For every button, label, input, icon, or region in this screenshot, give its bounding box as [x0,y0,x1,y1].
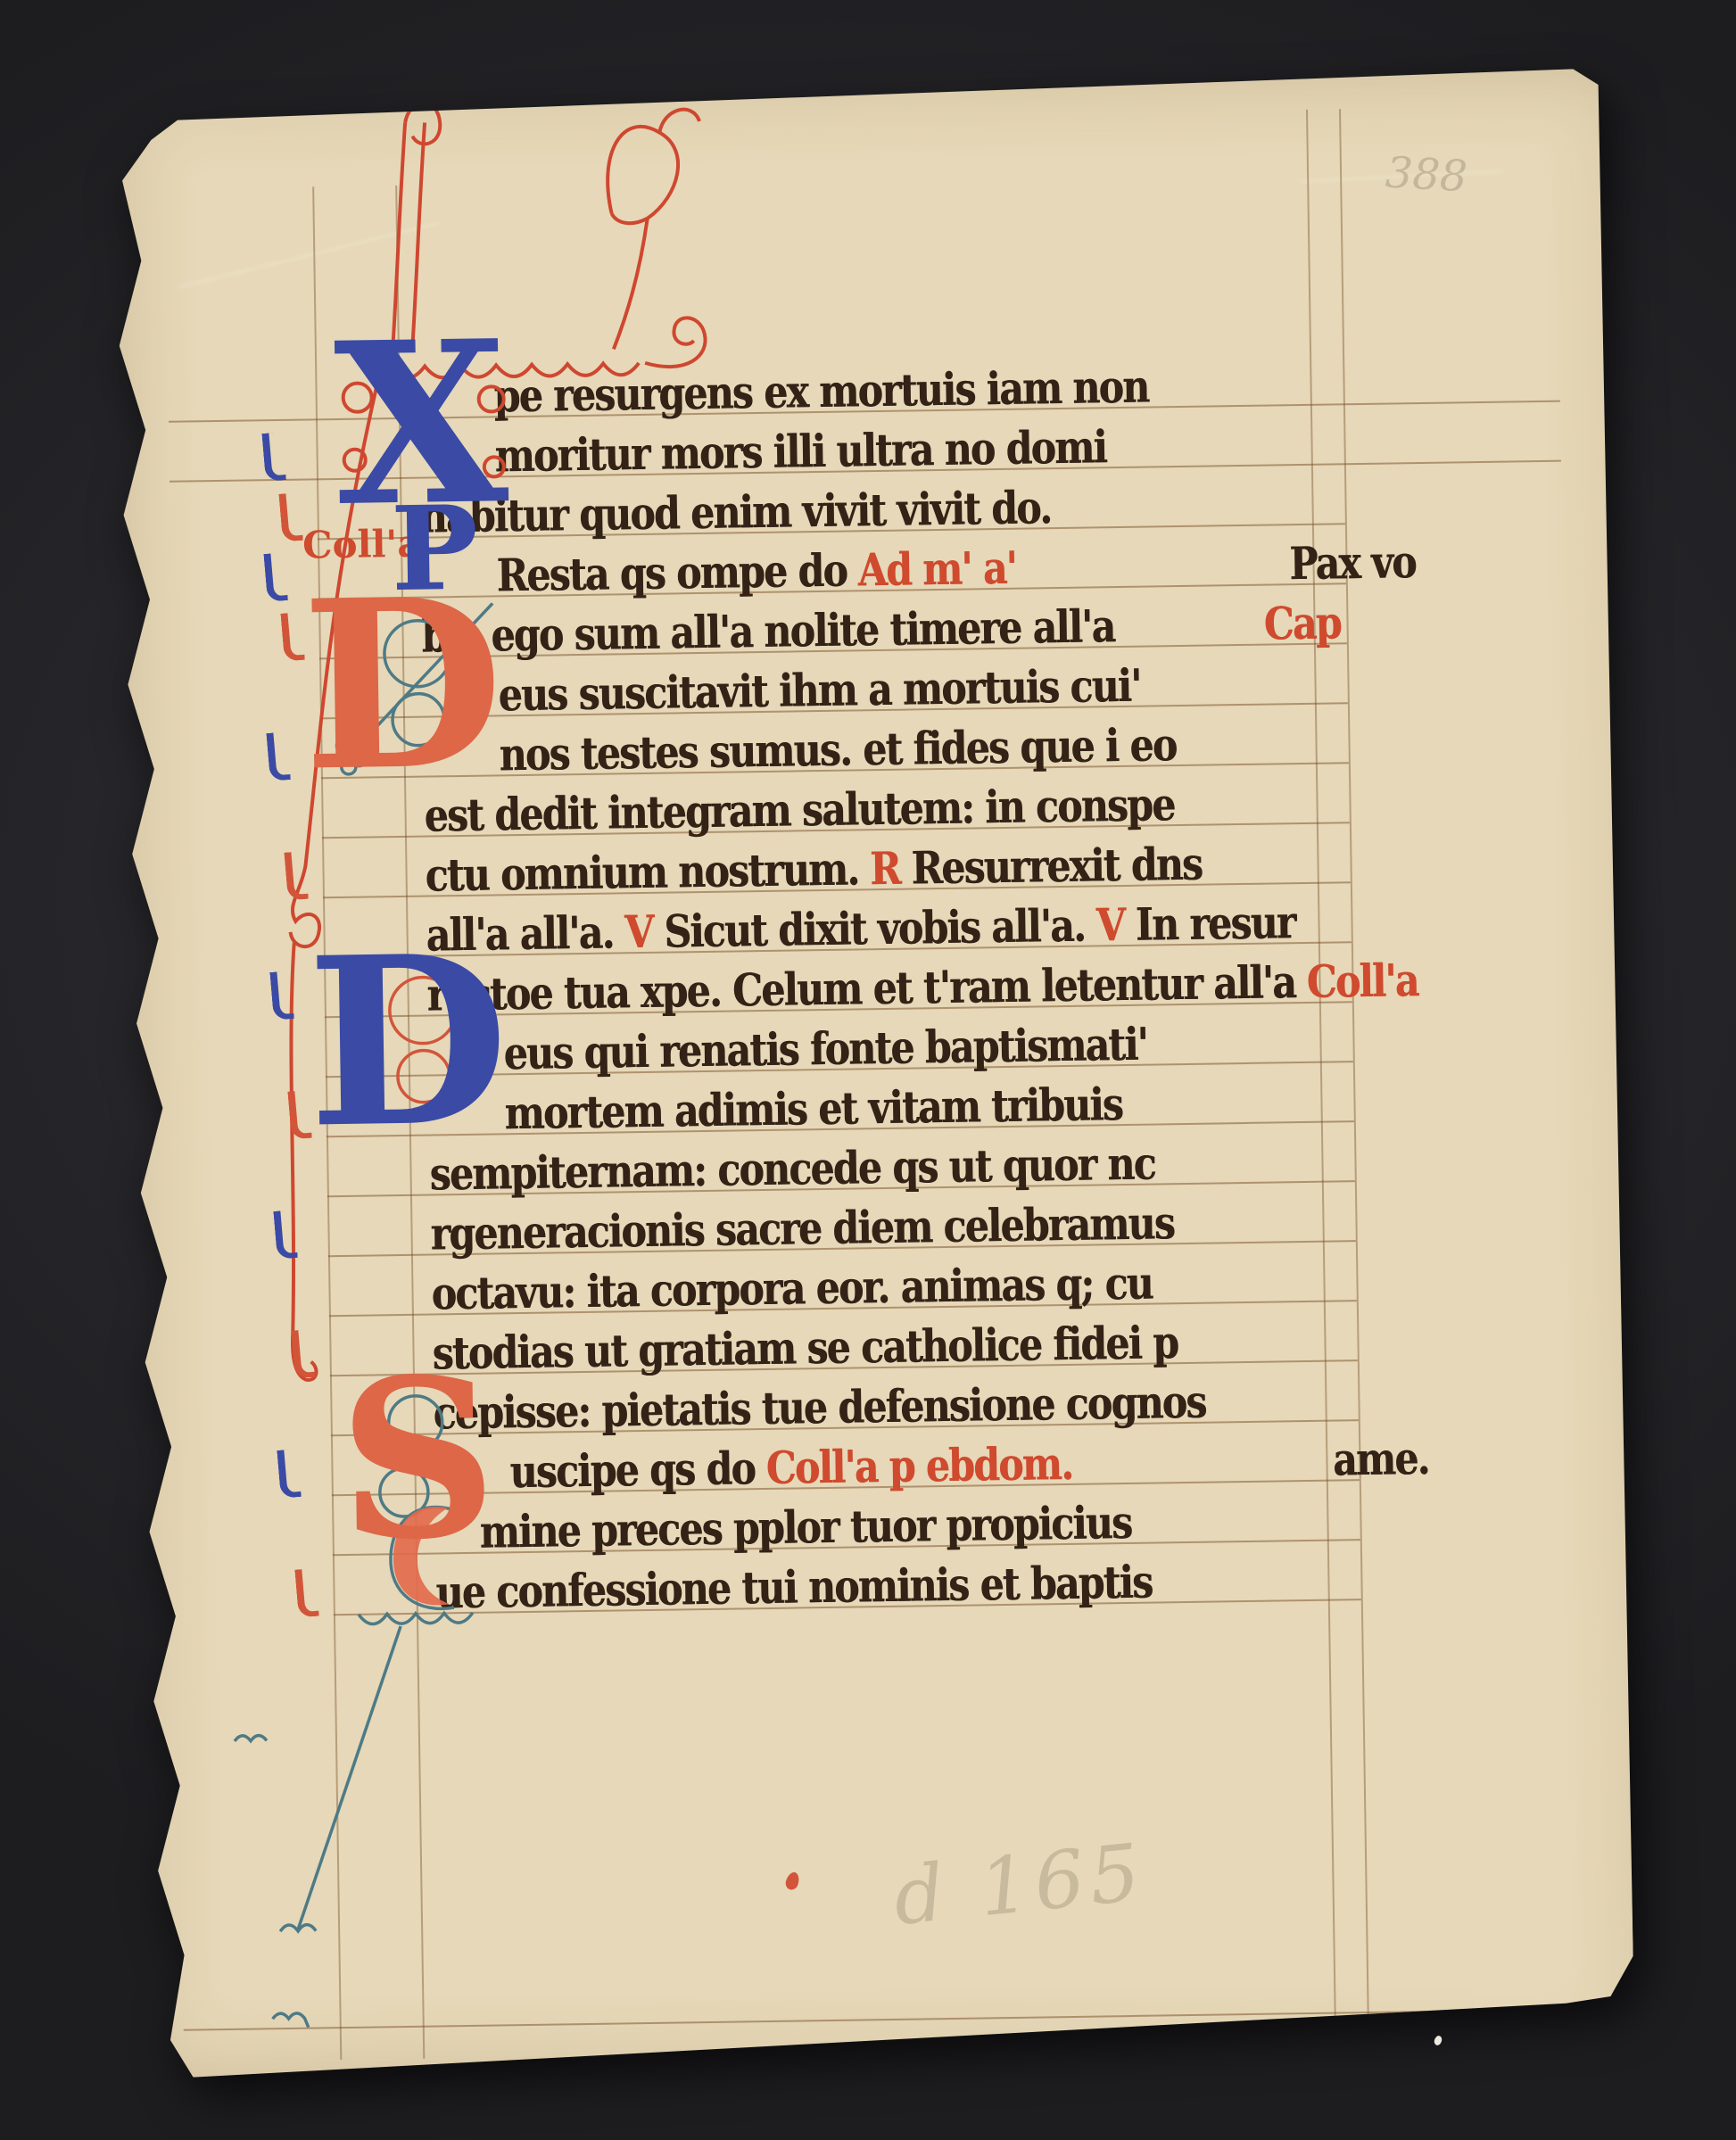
leaf-shadow-wrap: X D D S Coll'a P pe resurgens ex mortuis… [0,0,1736,2140]
photo-dark-background: { "colors": { "background": "#232327", "… [0,0,1736,2140]
manuscript-leaf: X D D S Coll'a P pe resurgens ex mortuis… [110,65,1656,2086]
initial-d-red: D [312,588,493,782]
pencil-number-top-right: 388 [1385,147,1469,202]
initial-d-blue: D [318,945,499,1139]
initial-p: P [398,500,471,599]
initial-s: S [336,1364,500,1554]
